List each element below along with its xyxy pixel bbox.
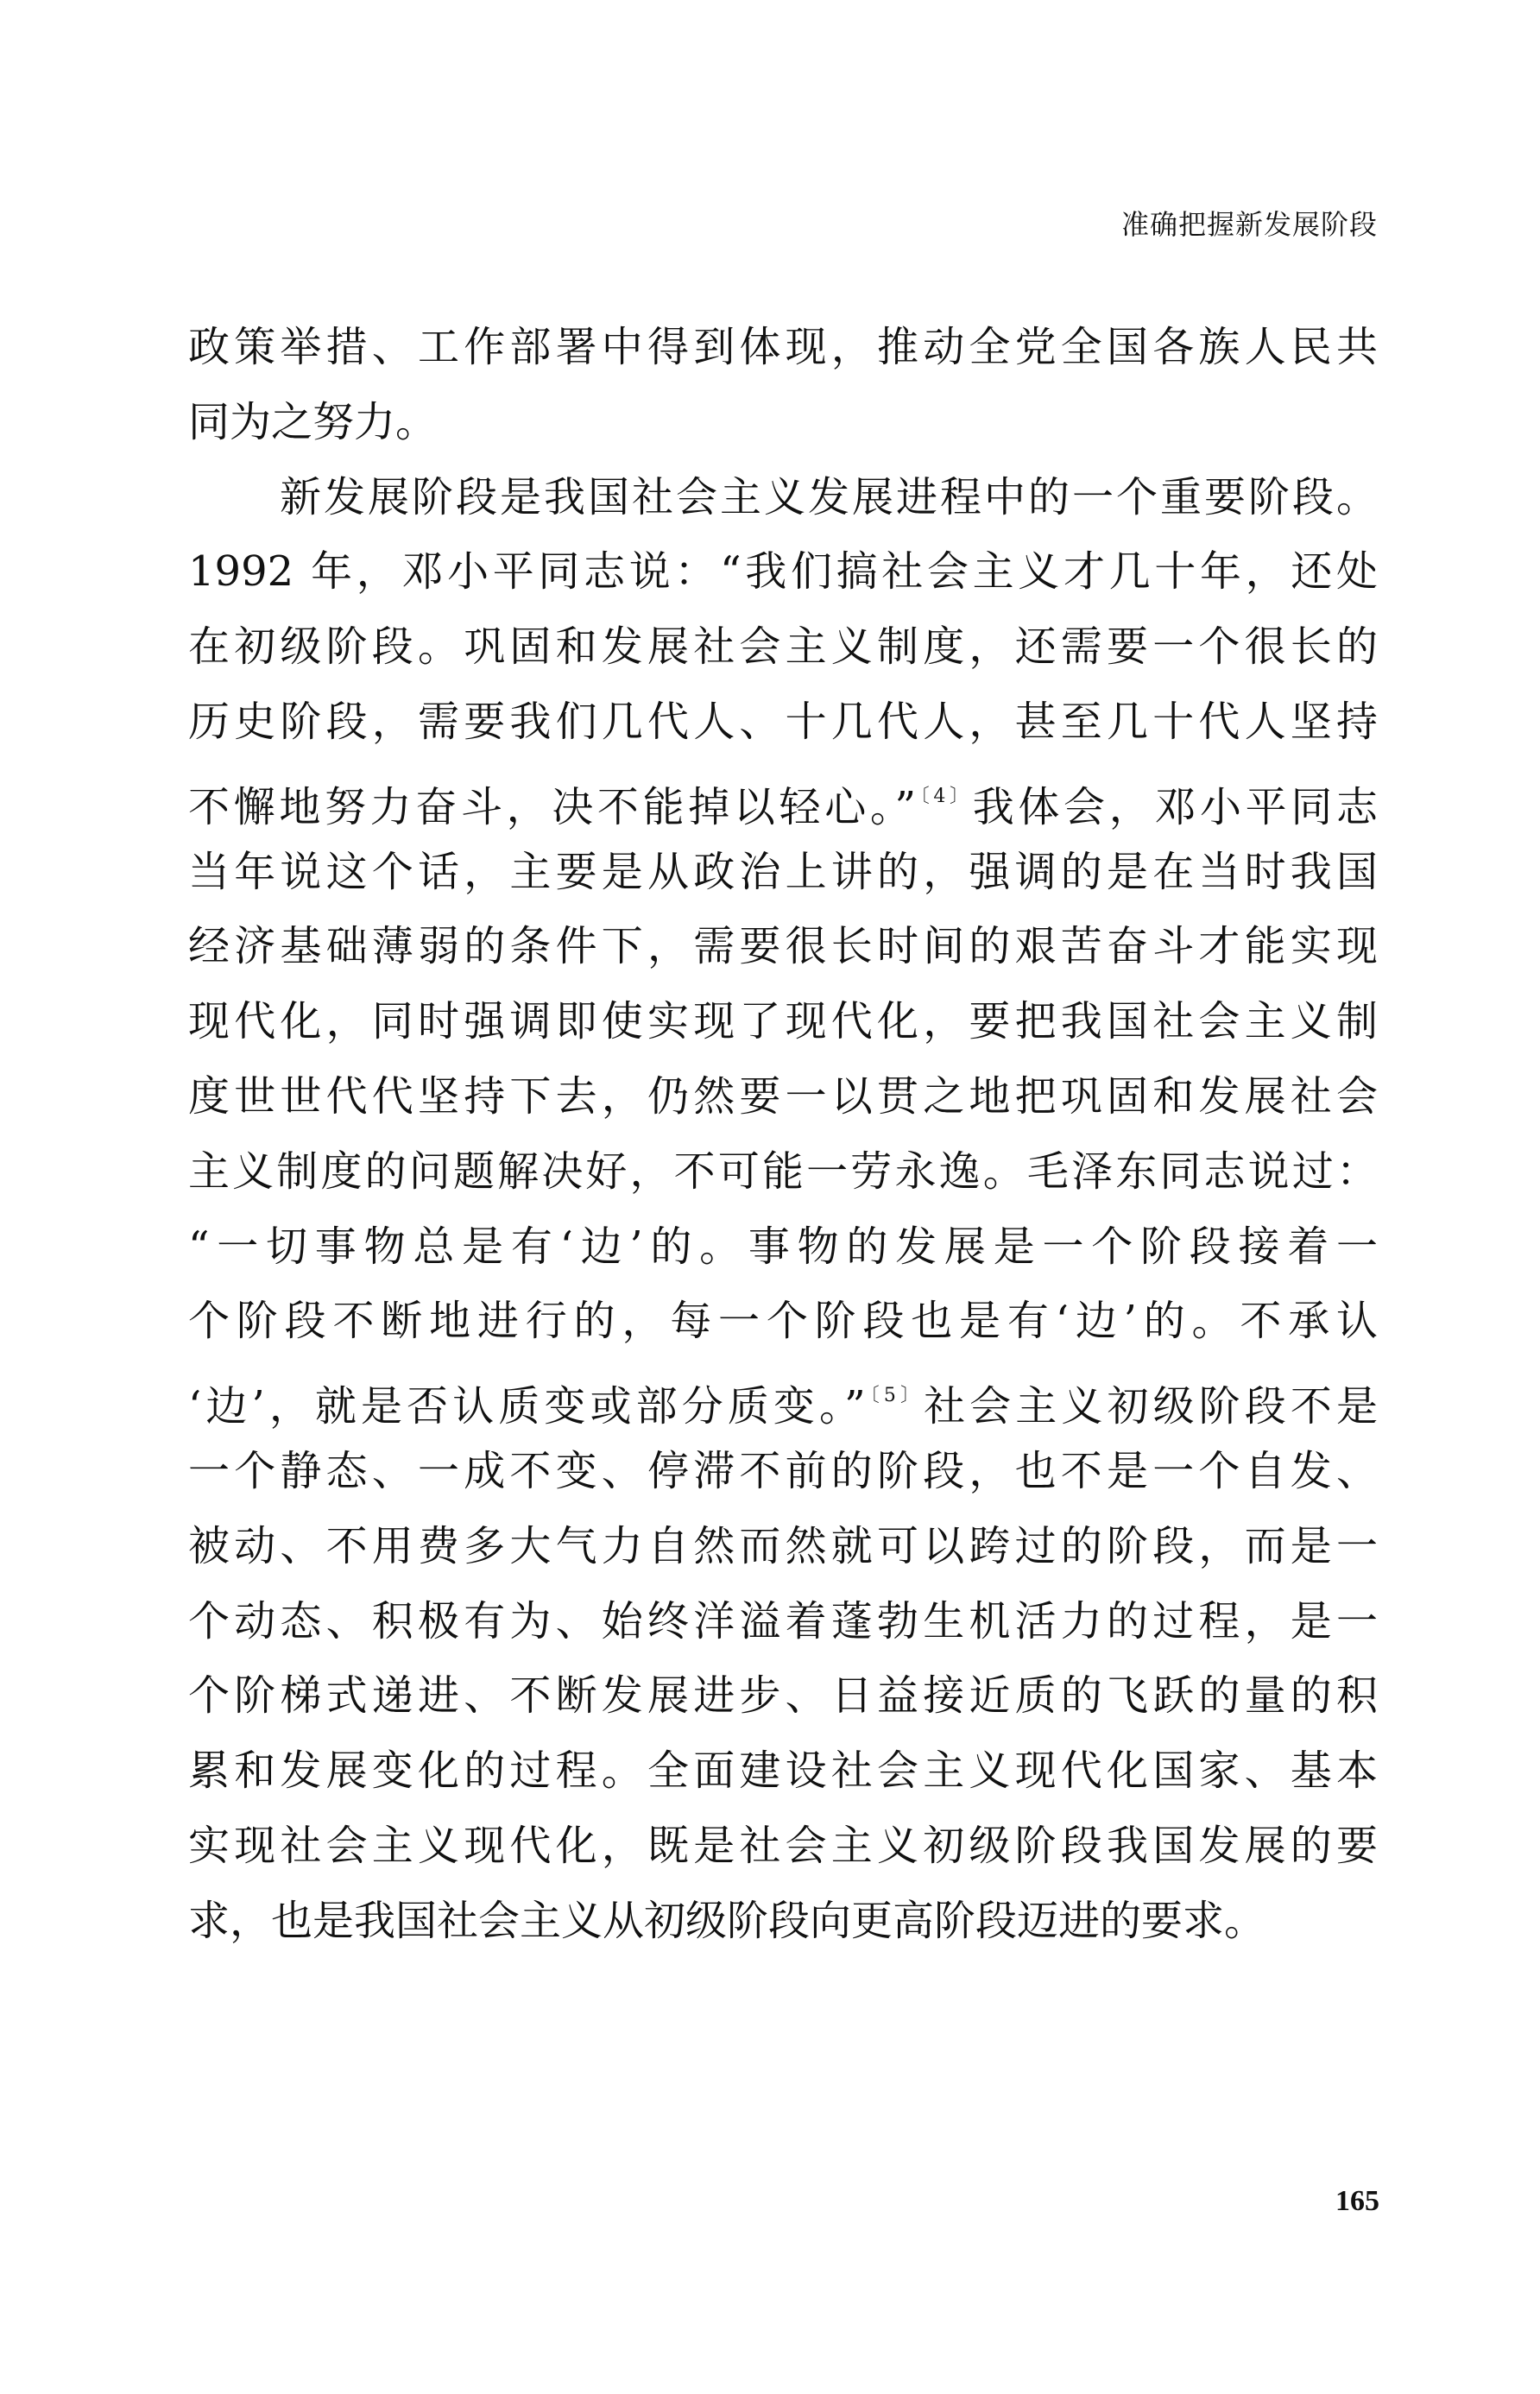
text-line: 经济基础薄弱的条件下，需要很长时间的艰苦奋斗才能实现 xyxy=(188,920,1378,995)
footnote-ref-4: 〔4〕 xyxy=(916,786,973,807)
text-line: 个阶段不断地进行的，每一个阶段也是有‘边’的。不承认 xyxy=(188,1295,1378,1370)
text-line: 被动、不用费多大气力自然而然就可以跨过的阶段，而是一 xyxy=(188,1520,1378,1595)
footnote-ref-5: 〔5〕 xyxy=(866,1385,924,1406)
text-line: 现代化，同时强调即使实现了现代化，要把我国社会主义制 xyxy=(188,995,1378,1071)
body-text: 政策举措、工作部署中得到体现，推动全党全国各族人民共 同为之努力。 新发展阶段是… xyxy=(188,321,1378,1970)
text-line: 历史阶段，需要我们几代人、十几代人，甚至几十代人坚持 xyxy=(188,696,1378,771)
text-line-with-footnote: 不懈地努力奋斗，决不能掉以轻心。”〔4〕我体会，邓小平同志 xyxy=(188,771,1378,846)
text-line: 当年说这个话，主要是从政治上讲的，强调的是在当时我国 xyxy=(188,846,1378,921)
text-line: 实现社会主义现代化，既是社会主义初级阶段我国发展的要 xyxy=(188,1820,1378,1895)
text-line: 1992 年，邓小平同志说：“我们搞社会主义才几十年，还处 xyxy=(188,546,1378,621)
text-line: “一切事物总是有‘边’的。事物的发展是一个阶段接着一 xyxy=(188,1221,1378,1296)
text-line: 个动态、积极有为、始终洋溢着蓬勃生机活力的过程，是一 xyxy=(188,1595,1378,1671)
text-segment: ‘边’，就是否认质变或部分质变。” xyxy=(188,1382,866,1431)
text-line: 在初级阶段。巩固和发展社会主义制度，还需要一个很长的 xyxy=(188,621,1378,696)
text-line: 求，也是我国社会主义从初级阶段向更高阶段迈进的要求。 xyxy=(188,1895,1378,1970)
text-line: 累和发展变化的过程。全面建设社会主义现代化国家、基本 xyxy=(188,1745,1378,1820)
text-segment: 社会主义初级阶段不是 xyxy=(924,1382,1378,1431)
text-line: 政策举措、工作部署中得到体现，推动全党全国各族人民共 xyxy=(188,321,1378,396)
text-line: 同为之努力。 xyxy=(188,396,1378,471)
text-line: 主义制度的问题解决好，不可能一劳永逸。毛泽东同志说过： xyxy=(188,1146,1378,1221)
text-line-with-footnote: ‘边’，就是否认质变或部分质变。”〔5〕社会主义初级阶段不是 xyxy=(188,1370,1378,1445)
text-line: 一个静态、一成不变、停滞不前的阶段，也不是一个自发、 xyxy=(188,1445,1378,1520)
text-segment: 我体会，邓小平同志 xyxy=(973,783,1378,831)
text-line: 个阶梯式递进、不断发展进步、日益接近质的飞跃的量的积 xyxy=(188,1670,1378,1745)
page-number: 165 xyxy=(1335,2184,1379,2219)
running-header-title: 准确把握新发展阶段 xyxy=(1121,207,1378,242)
text-line: 度世世代代坚持下去，仍然要一以贯之地把巩固和发展社会 xyxy=(188,1071,1378,1146)
text-segment: 不懈地努力奋斗，决不能掉以轻心。” xyxy=(188,783,916,831)
text-line: 新发展阶段是我国社会主义发展进程中的一个重要阶段。 xyxy=(188,471,1378,546)
